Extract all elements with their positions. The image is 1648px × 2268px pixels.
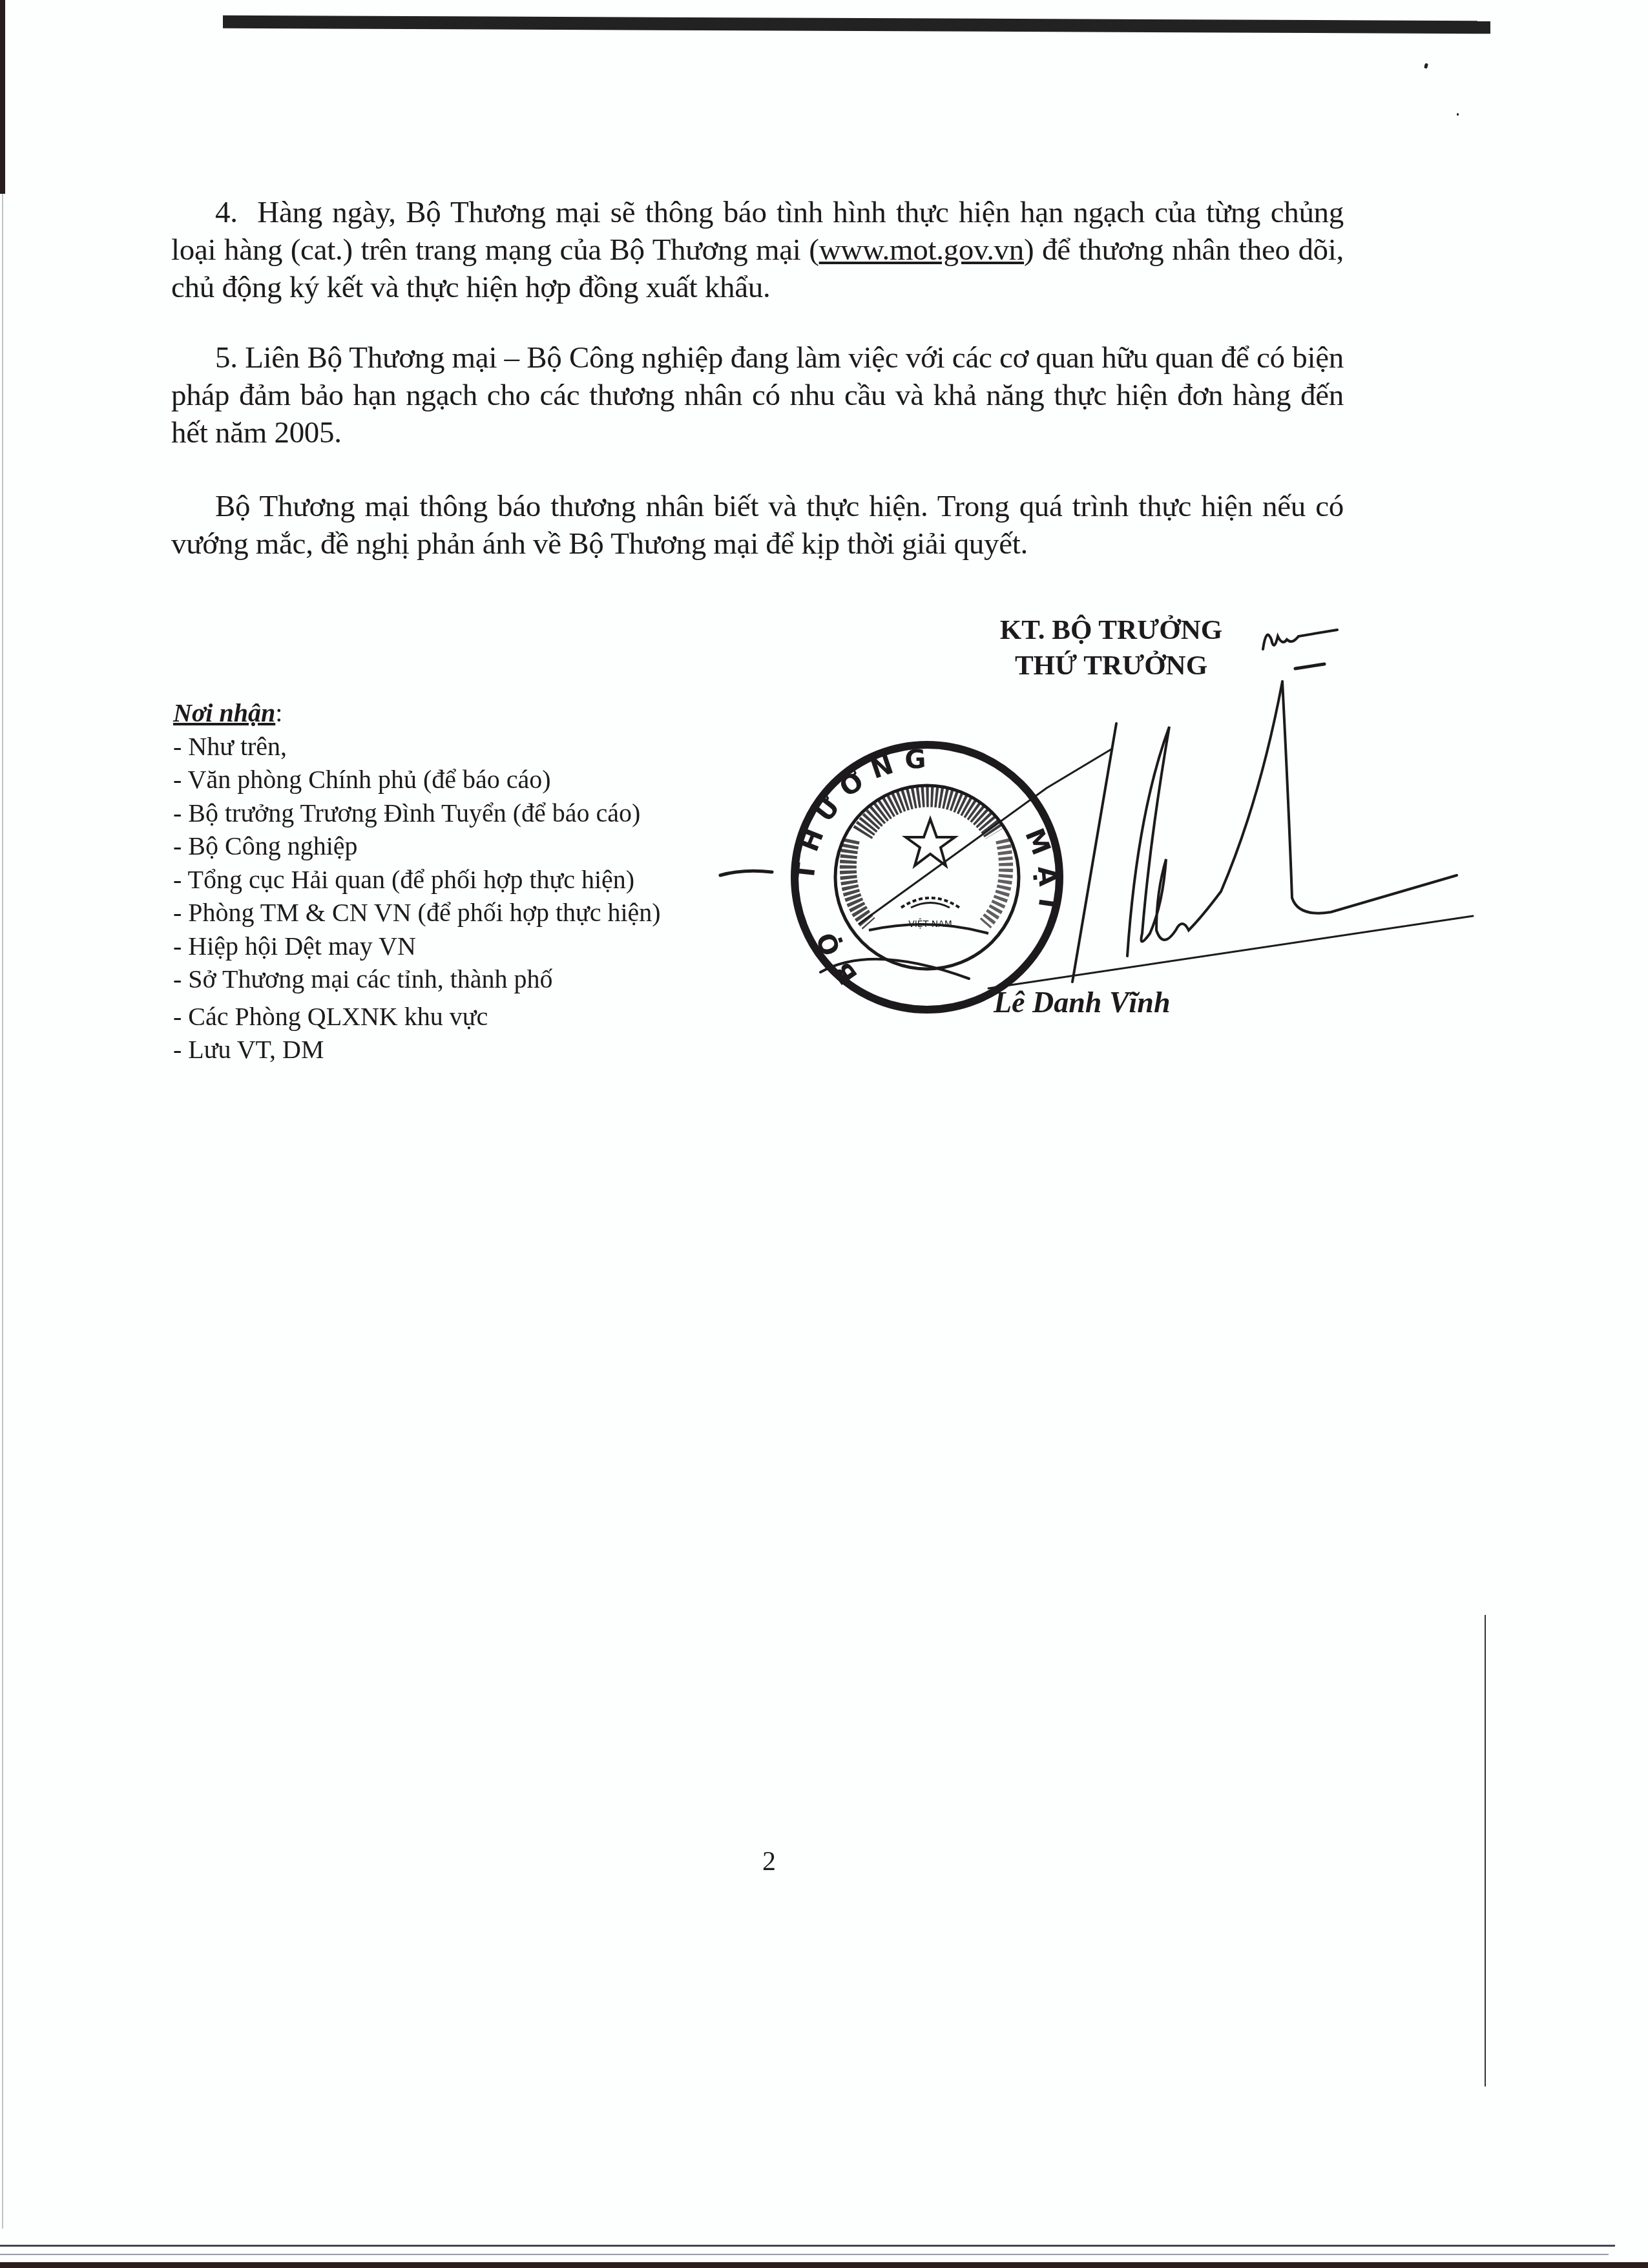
recipients-list: - Như trên, - Văn phòng Chính phủ (để bá… xyxy=(173,730,661,1066)
scan-bottom-line xyxy=(0,2245,1615,2247)
scan-edge xyxy=(0,2262,1648,2268)
recipient-item: - Phòng TM & CN VN (để phối hợp thực hiệ… xyxy=(173,896,661,930)
signature-title-line2: THỨ TRƯỞNG xyxy=(943,649,1279,683)
header-rule xyxy=(223,16,1490,34)
paragraph-5: 5. Liên Bộ Thương mại – Bộ Công nghiệp đ… xyxy=(171,339,1344,452)
recipient-item: - Các Phòng QLXNK khu vực xyxy=(173,1000,661,1034)
recipient-item: - Bộ trưởng Trương Đình Tuyển (để báo cá… xyxy=(173,796,661,830)
recipient-item: - Lưu VT, DM xyxy=(173,1033,661,1066)
paragraph-number: 5. xyxy=(215,341,238,375)
signer-name: Lê Danh Vĩnh xyxy=(994,985,1171,1019)
stamp-lettering: THƯƠNG MẠI BỘ xyxy=(790,744,1063,990)
recipient-item: - Sở Thương mại các tỉnh, thành phố xyxy=(173,962,661,996)
paragraph-number: 4. xyxy=(215,196,238,229)
svg-text:BỘ: BỘ xyxy=(807,919,864,989)
website-link[interactable]: www.mot.gov.vn xyxy=(819,233,1024,267)
scan-edge-line xyxy=(2,194,3,2229)
official-seal-icon: VIỆT NAM xyxy=(795,745,1059,1010)
scan-bottom-line xyxy=(0,2254,1609,2255)
recipient-item: - Hiệp hội Dệt may VN xyxy=(173,930,661,963)
paragraph-text: Bộ Thương mại thông báo thương nhân biết… xyxy=(171,490,1344,561)
svg-text:THƯƠNG: THƯƠNG xyxy=(790,744,937,882)
scan-speck xyxy=(1457,113,1459,116)
scan-edge xyxy=(0,0,5,194)
handwritten-signature-icon xyxy=(720,630,1473,988)
paragraph-4: 4. Hàng ngày, Bộ Thương mại sẽ thông báo… xyxy=(171,194,1344,306)
signature-title-line1: KT. BỘ TRƯỞNG xyxy=(943,614,1279,647)
recipients-heading: Nơi nhận xyxy=(173,698,275,727)
page-number: 2 xyxy=(762,1846,776,1877)
svg-text:MẠI: MẠI xyxy=(1019,824,1063,920)
scan-margin-line xyxy=(1485,1615,1486,2086)
recipient-item: - Bộ Công nghiệp xyxy=(173,829,661,863)
svg-text:VIỆT NAM: VIỆT NAM xyxy=(908,918,952,930)
recipient-item: - Văn phòng Chính phủ (để báo cáo) xyxy=(173,763,661,796)
recipient-item: - Tổng cục Hải quan (để phối hợp thực hi… xyxy=(173,863,661,897)
paragraph-text: Liên Bộ Thương mại – Bộ Công nghiệp đang… xyxy=(171,341,1344,450)
recipients-block: Nơi nhận: - Như trên, - Văn phòng Chính … xyxy=(173,696,661,1066)
recipients-heading-colon: : xyxy=(275,698,282,727)
recipient-item: - Như trên, xyxy=(173,730,661,764)
closing-paragraph: Bộ Thương mại thông báo thương nhân biết… xyxy=(171,488,1344,563)
scan-speck xyxy=(1424,63,1428,68)
